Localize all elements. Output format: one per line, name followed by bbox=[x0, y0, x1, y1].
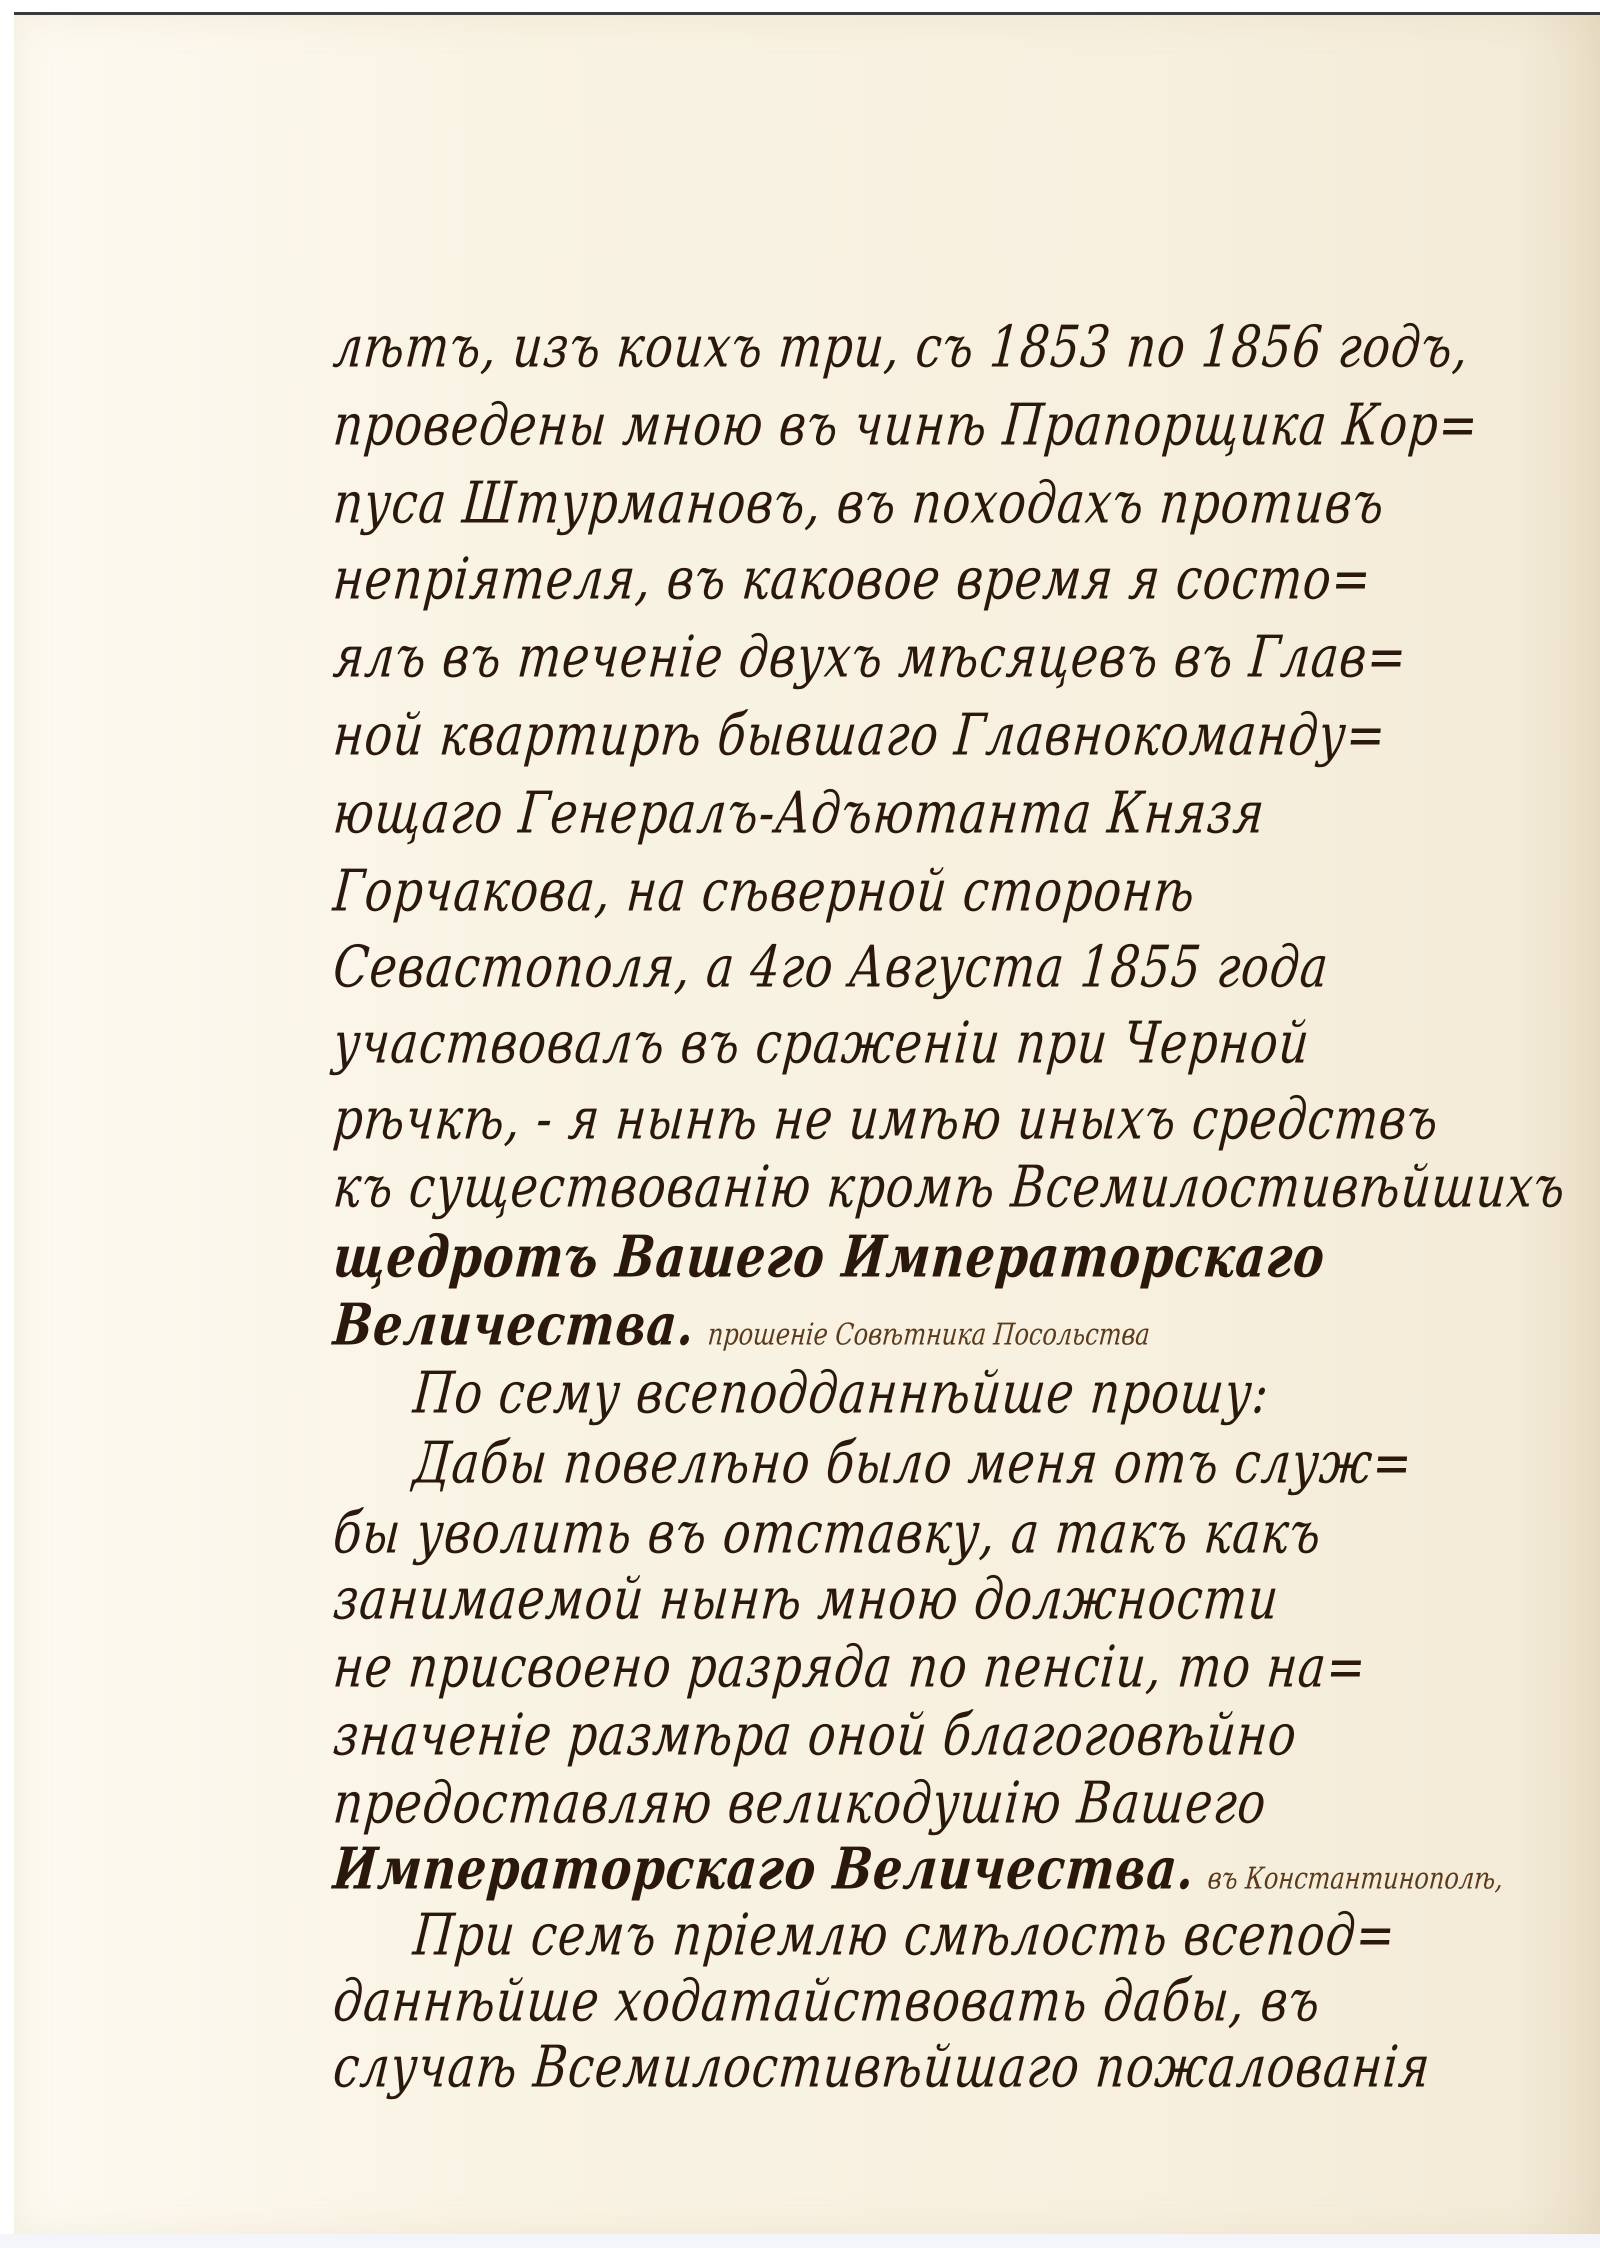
text-line: ной квартирѣ бывшаго Главнокоманду= bbox=[330, 691, 1527, 779]
text-line: проведены мною въ чинѣ Прапорщика Кор= bbox=[330, 381, 1527, 469]
line-text: лѣтъ, изъ коихъ три, съ 1853 по 1856 год… bbox=[331, 313, 1472, 381]
text-line: участвовалъ въ сраженіи при Черной bbox=[330, 999, 1527, 1087]
line-text: проведены мною въ чинѣ Прапорщика Кор= bbox=[331, 391, 1481, 459]
text-line: непріятеля, въ каковое время я состо= bbox=[330, 535, 1527, 623]
margin-annotation: прошеніе Совѣтника Посольства bbox=[706, 1317, 1151, 1352]
line-text: Севастополя, а 4го Августа 1855 года bbox=[331, 933, 1332, 1001]
text-line: ялъ въ теченіе двухъ мѣсяцевъ въ Глав= bbox=[330, 613, 1527, 701]
line-text: ющаго Генералъ-Адъютанта Князя bbox=[331, 779, 1268, 847]
line-text: къ существованію кромѣ Всемилостивѣйшихъ bbox=[331, 1153, 1569, 1221]
scan-bottom-strip bbox=[0, 2234, 1600, 2248]
line-text: По сему всеподданнѣйше прошу: bbox=[411, 1359, 1272, 1427]
line-text: пуса Штурмановъ, въ походахъ противъ bbox=[331, 469, 1388, 537]
text-line: лѣтъ, изъ коихъ три, съ 1853 по 1856 год… bbox=[330, 303, 1527, 391]
line-text: непріятеля, въ каковое время я состо= bbox=[331, 545, 1375, 613]
text-line: Горчакова, на сѣверной сторонѣ bbox=[330, 847, 1527, 935]
line-text: ялъ въ теченіе двухъ мѣсяцевъ въ Глав= bbox=[331, 623, 1410, 691]
text-line: Севастополя, а 4го Августа 1855 года bbox=[330, 923, 1527, 1011]
line-text: ной квартирѣ бывшаго Главнокоманду= bbox=[331, 701, 1389, 769]
line-text: случаѣ Всемилостивѣйшаго пожалованія bbox=[331, 2033, 1433, 2101]
line-text: Горчакова, на сѣверной сторонѣ bbox=[331, 857, 1198, 925]
text-line: случаѣ Всемилостивѣйшаго пожалованія bbox=[330, 2023, 1527, 2111]
line-text: участвовалъ въ сраженіи при Черной bbox=[331, 1009, 1313, 1077]
line-text: Дабы повелѣно было меня отъ служ= bbox=[411, 1429, 1416, 1497]
text-line: пуса Штурмановъ, въ походахъ противъ bbox=[330, 459, 1527, 547]
text-line: ющаго Генералъ-Адъютанта Князя bbox=[330, 769, 1527, 857]
